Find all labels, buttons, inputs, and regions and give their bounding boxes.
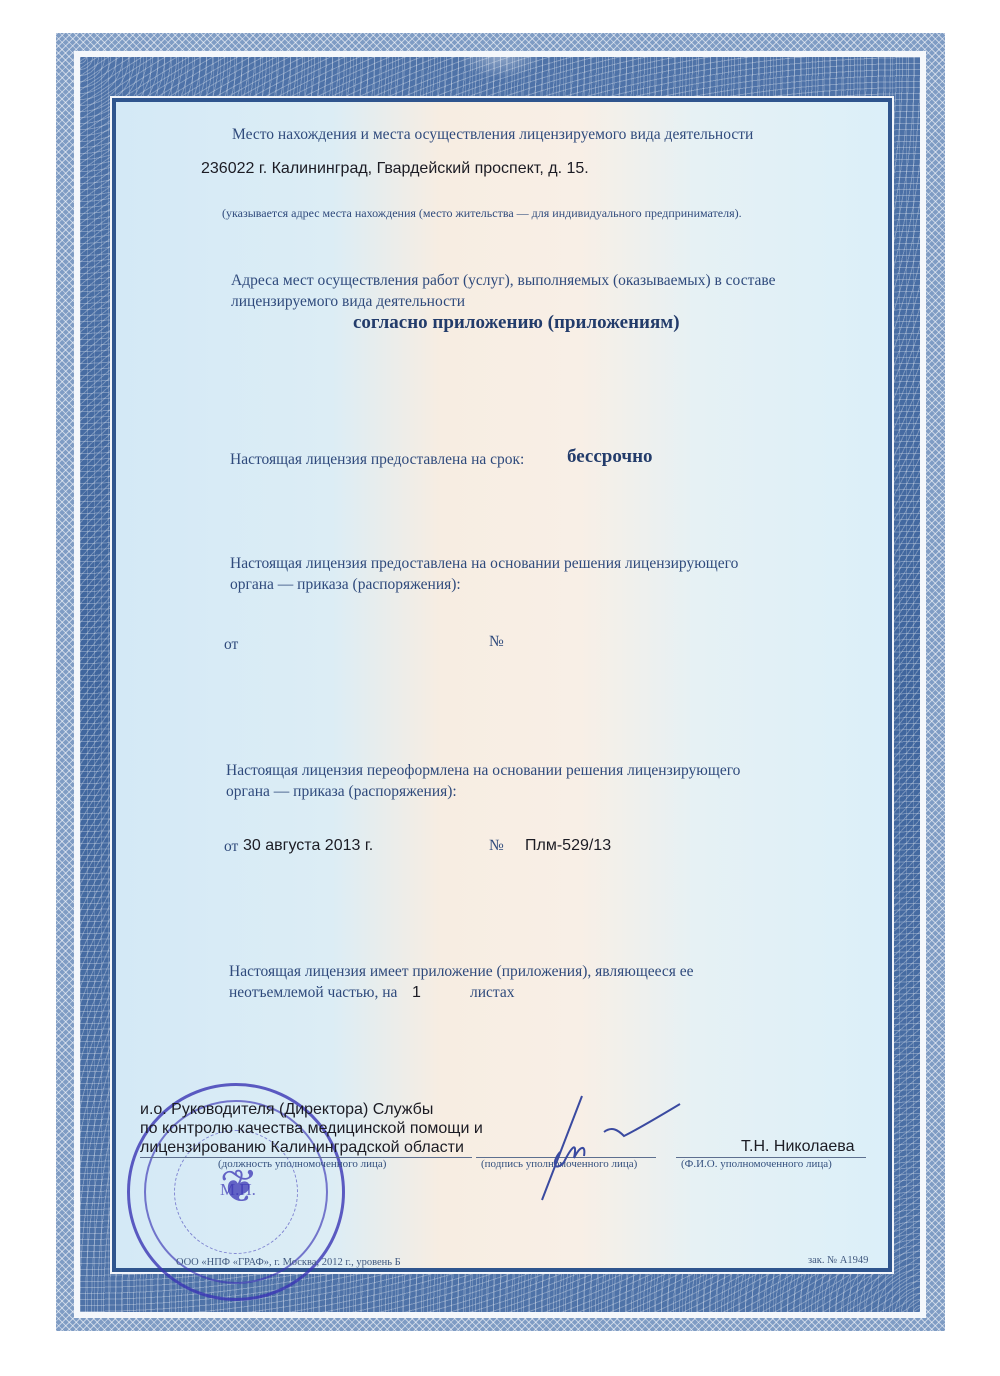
addresses-heading-line2: лицензируемого вида деятельности [231,291,465,313]
basis-line2: органа — приказа (распоряжения): [230,574,461,596]
reissue-number: Плм-529/13 [525,836,611,855]
reissue-line2: органа — приказа (распоряжения): [226,781,457,803]
signatory-position-line2: по контролю качества медицинской помощи … [140,1119,483,1138]
appendix-line2-suffix: листах [470,982,515,1004]
location-heading: Место нахождения и места осуществления л… [232,124,753,146]
addresses-value: согласно приложению (приложениям) [353,312,680,334]
signatory-position-line3: лицензированию Калининградской области [140,1138,464,1157]
printer-imprint: ООО «НПФ «ГРАФ», г. Москва, 2012 г., уро… [176,1252,401,1274]
appendix-line2-prefix: неотъемлемой частью, на [229,982,397,1004]
order-number: зак. № А1949 [808,1250,868,1272]
appendix-sheets: 1 [412,983,421,1002]
reissue-line1: Настоящая лицензия переоформлена на осно… [226,760,740,782]
location-note: (указывается адрес места нахождения (мес… [222,202,742,224]
basis-from-label: от [224,634,238,656]
basis-line1: Настоящая лицензия предоставлена на осно… [230,553,738,575]
position-caption: (должность уполномоченного лица) [218,1158,386,1170]
reissue-from-label: от [224,836,238,858]
reissue-number-label: № [489,835,504,857]
reissue-date: 30 августа 2013 г. [243,836,373,855]
handwritten-signature [520,1092,730,1202]
stamp-mark: М.П. [220,1180,256,1200]
term-value: бессрочно [567,446,653,468]
signatory-position-line1: и.о. Руководителя (Директора) Службы [140,1100,433,1119]
basis-number-label: № [489,631,504,653]
addresses-heading-line1: Адреса мест осуществления работ (услуг),… [231,270,776,292]
appendix-line1: Настоящая лицензия имеет приложение (при… [229,961,694,983]
name-caption: (Ф.И.О. уполномоченного лица) [681,1158,832,1170]
signatory-name: Т.Н. Николаева [741,1137,854,1156]
location-value: 236022 г. Калининград, Гвардейский просп… [201,159,589,178]
term-label: Настоящая лицензия предоставлена на срок… [230,449,524,471]
